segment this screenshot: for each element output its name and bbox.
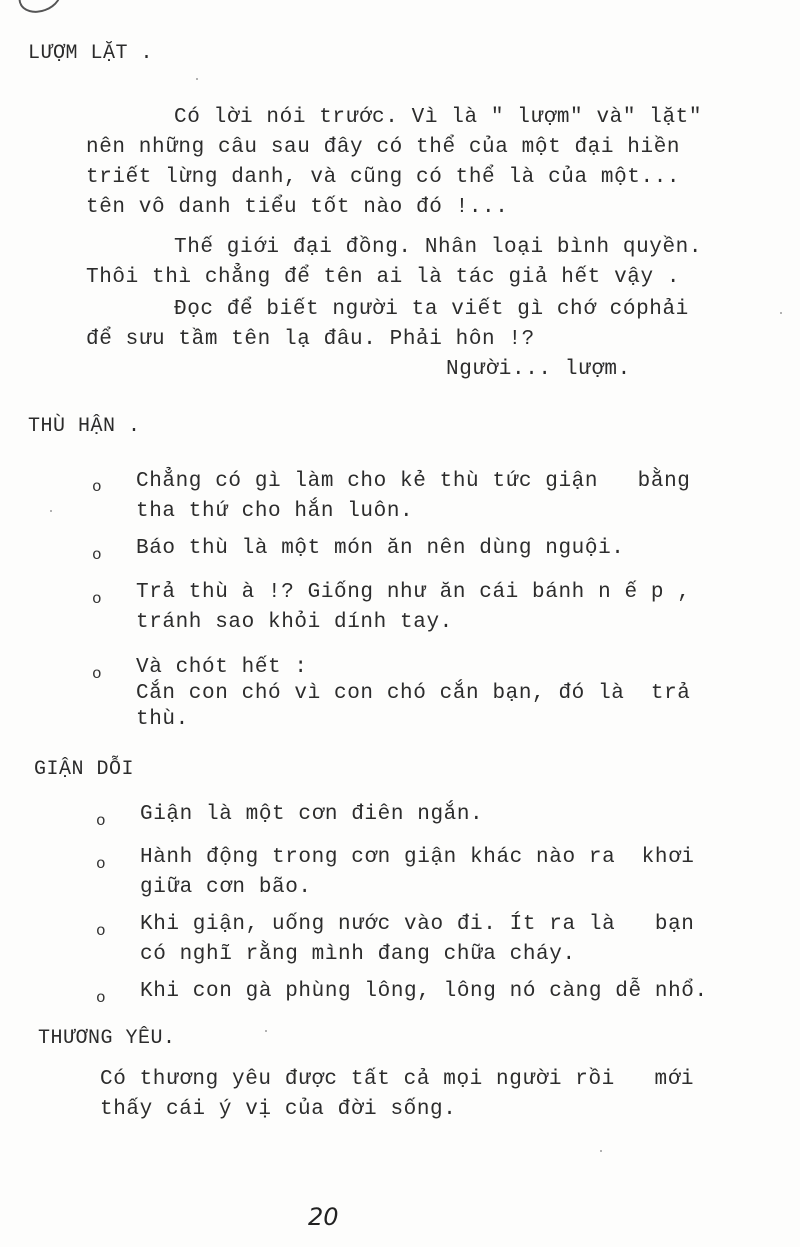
- scan-speck: [780, 312, 782, 314]
- page-number: 20: [308, 1203, 339, 1231]
- list-item-line: thù.: [136, 708, 189, 731]
- handwritten-mark: [14, 0, 66, 19]
- document-page: LƯỢM LẶT . Có lời nói trước. Vì là " lượ…: [0, 0, 800, 1247]
- list-item-line: Giận là một cơn điên ngắn.: [140, 803, 483, 826]
- bullet-icon: o: [92, 665, 102, 683]
- intro-line: Đọc để biết người ta viết gì chớ cóphải: [174, 298, 689, 321]
- paragraph-line: thấy cái ý vị của đời sống.: [100, 1098, 456, 1121]
- list-item-line: Khi con gà phùng lông, lông nó càng dễ n…: [140, 980, 708, 1003]
- intro-line: để sưu tầm tên lạ đâu. Phải hôn !?: [86, 328, 535, 351]
- signature: Người... lượm.: [446, 358, 631, 381]
- list-item-line: tha thứ cho hắn luôn.: [136, 500, 413, 523]
- bullet-icon: o: [96, 922, 106, 940]
- list-item-line: Hành động trong cơn giận khác nào ra khơ…: [140, 846, 695, 869]
- scan-speck: [265, 1030, 267, 1032]
- intro-line: Có lời nói trước. Vì là " lượm" và" lặt": [174, 106, 702, 129]
- section-heading-thu-han: THÙ HẬN .: [28, 415, 141, 438]
- list-item-line: Chẳng có gì làm cho kẻ thù tức giận bằng: [136, 470, 691, 493]
- bullet-icon: o: [92, 546, 102, 564]
- paragraph-line: Có thương yêu được tất cả mọi người rồi …: [100, 1068, 694, 1091]
- bullet-icon: o: [92, 590, 102, 608]
- section-heading-luom-lat: LƯỢM LẶT .: [28, 42, 153, 65]
- intro-line: nên những câu sau đây có thể của một đại…: [86, 136, 680, 159]
- section-heading-thuong-yeu: THƯƠNG YÊU.: [38, 1027, 176, 1050]
- scan-speck: [50, 510, 52, 512]
- list-item-line: tránh sao khỏi dính tay.: [136, 611, 453, 634]
- scan-speck: [196, 78, 198, 80]
- intro-line: Thôi thì chẳng để tên ai là tác giả hết …: [86, 266, 680, 289]
- intro-line: triết lừng danh, và cũng có thể là của m…: [86, 166, 680, 189]
- list-item-line: Cắn con chó vì con chó cắn bạn, đó là tr…: [136, 682, 691, 705]
- list-item-line: Báo thù là một món ăn nên dùng nguội.: [136, 537, 624, 560]
- bullet-icon: o: [96, 812, 106, 830]
- list-item-line: giữa cơn bão.: [140, 876, 312, 899]
- list-item-line: Và chót hết :: [136, 656, 308, 679]
- bullet-icon: o: [92, 478, 102, 496]
- section-heading-gian-doi: GIẬN DỖI: [34, 758, 134, 781]
- intro-line: tên vô danh tiểu tốt nào đó !...: [86, 196, 508, 219]
- bullet-icon: o: [96, 989, 106, 1007]
- scan-speck: [600, 1150, 602, 1152]
- list-item-line: Khi giận, uống nước vào đi. Ít ra là bạn: [140, 913, 695, 936]
- list-item-line: Trả thù à !? Giống như ăn cái bánh n ế p…: [136, 581, 691, 604]
- list-item-line: có nghĩ rằng mình đang chữa cháy.: [140, 943, 576, 966]
- bullet-icon: o: [96, 855, 106, 873]
- intro-line: Thế giới đại đồng. Nhân loại bình quyền.: [174, 236, 702, 259]
